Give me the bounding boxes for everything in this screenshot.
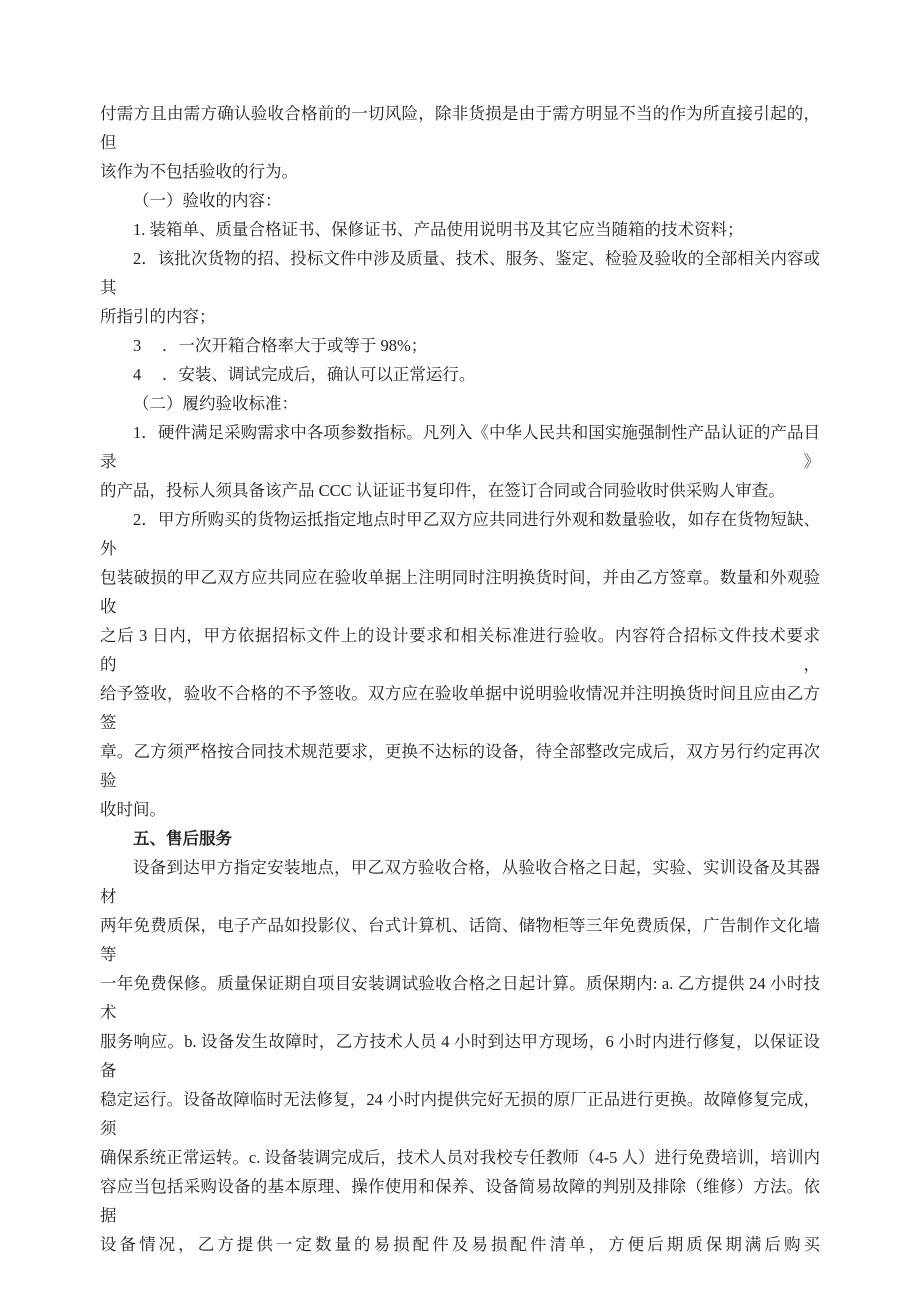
- text-line: 容应当包括采购设备的基本原理、操作使用和保养、设备简易故障的判别及排除（维修）方…: [100, 1172, 820, 1230]
- text-line: 该作为不包括验收的行为。: [100, 157, 820, 186]
- text-line: 收时间。: [100, 795, 820, 824]
- text-line: 1．硬件满足采购需求中各项参数指标。凡列入《中华人民共和国实施强制性产品认证的产…: [100, 418, 820, 476]
- text-line: 给予签收，验收不合格的不予签收。双方应在验收单据中说明验收情况并注明换货时间且应…: [100, 679, 820, 737]
- text-line: 设备情况，乙方提供一定数量的易损配件及易损配件清单，方便后期质保期满后购买: [100, 1230, 820, 1259]
- text-line: 2．甲方所购买的货物运抵指定地点时甲乙双方应共同进行外观和数量验收，如存在货物短…: [100, 505, 820, 563]
- text-line: （一）验收的内容：: [100, 186, 820, 215]
- document-page: 付需方且由需方确认验收合格前的一切风险，除非货损是由于需方明显不当的作为所直接引…: [0, 0, 920, 1301]
- text-line: 4 ．安装、调试完成后，确认可以正常运行。: [100, 360, 820, 389]
- text-line: 一年免费保修。质量保证期自项目安装调试验收合格之日起计算。质保期内: a. 乙方…: [100, 969, 820, 1027]
- text-line: 之后 3 日内，甲方依据招标文件上的设计要求和相关标准进行验收。内容符合招标文件…: [100, 621, 820, 679]
- text-line: 两年免费质保，电子产品如投影仪、台式计算机、话筒、储物柜等三年免费质保，广告制作…: [100, 911, 820, 969]
- text-line: 所指引的内容；: [100, 302, 820, 331]
- text-line: 稳定运行。设备故障临时无法修复，24 小时内提供完好无损的原厂正品进行更换。故障…: [100, 1085, 820, 1143]
- text-line: 付需方且由需方确认验收合格前的一切风险，除非货损是由于需方明显不当的作为所直接引…: [100, 99, 820, 157]
- text-line: 设备到达甲方指定安装地点，甲乙双方验收合格，从验收合格之日起，实验、实训设备及其…: [100, 853, 820, 911]
- text-line: 包装破损的甲乙双方应共同应在验收单据上注明同时注明换货时间，并由乙方签章。数量和…: [100, 563, 820, 621]
- document-body: 付需方且由需方确认验收合格前的一切风险，除非货损是由于需方明显不当的作为所直接引…: [100, 99, 820, 1259]
- text-line: （二）履约验收标准：: [100, 389, 820, 418]
- text-line: 服务响应。b. 设备发生故障时，乙方技术人员 4 小时到达甲方现场，6 小时内进…: [100, 1027, 820, 1085]
- section-heading: 五、售后服务: [100, 824, 820, 853]
- text-line: 确保系统正常运转。c. 设备装调完成后，技术人员对我校专任教师（4-5 人）进行…: [100, 1143, 820, 1172]
- text-line: 章。乙方须严格按合同技术规范要求，更换不达标的设备，待全部整改完成后，双方另行约…: [100, 737, 820, 795]
- text-line: 3 ．一次开箱合格率大于或等于 98%；: [100, 331, 820, 360]
- text-line: 2．该批次货物的招、投标文件中涉及质量、技术、服务、鉴定、检验及验收的全部相关内…: [100, 244, 820, 302]
- text-line: 的产品，投标人须具备该产品 CCC 认证证书复印件，在签订合同或合同验收时供采购…: [100, 476, 820, 505]
- text-line: 1. 装箱单、质量合格证书、保修证书、产品使用说明书及其它应当随箱的技术资料；: [100, 215, 820, 244]
